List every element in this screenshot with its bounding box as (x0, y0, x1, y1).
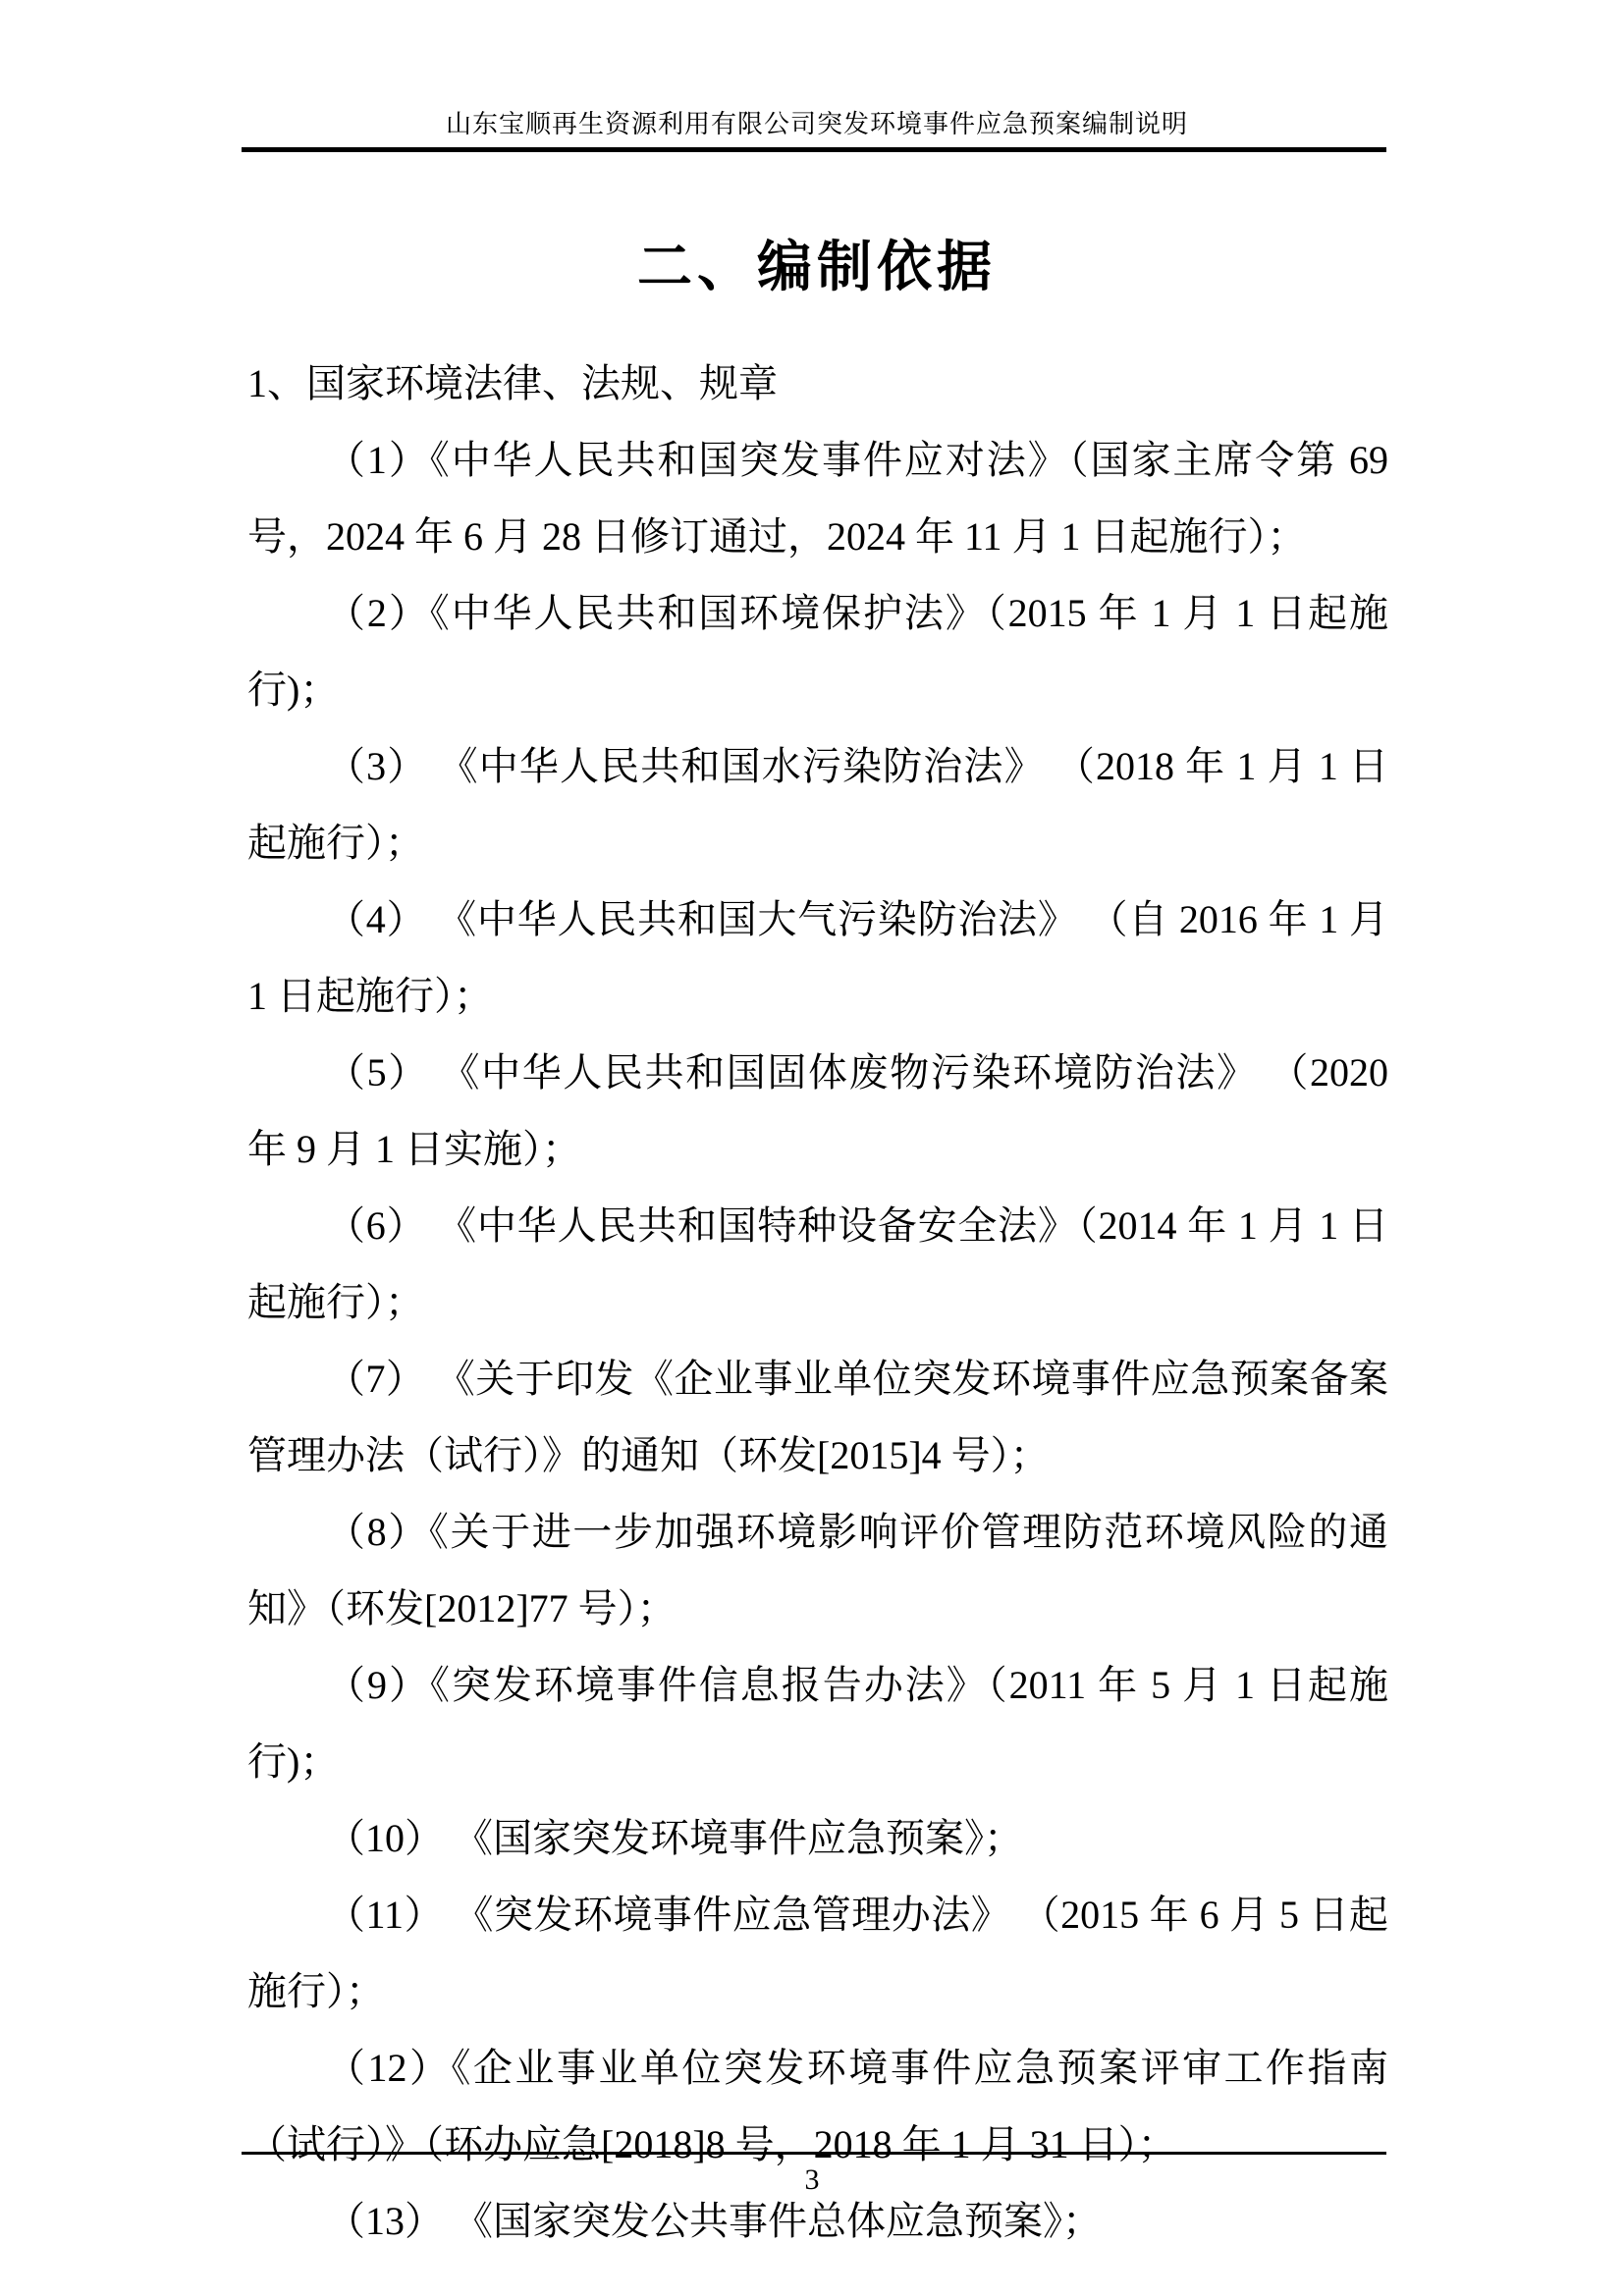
legal-item: （9）《突发环境事件信息报告办法》（2011 年 5 月 1 日起施行)； (247, 1647, 1388, 1800)
legal-item: （5） 《中华人民共和国固体废物污染环境防治法》 （2020 年 9 月 1 日… (247, 1035, 1388, 1188)
legal-item: （8）《关于进一步加强环境影响评价管理防范环境风险的通知》（环发[2012]77… (247, 1494, 1388, 1647)
legal-items-list: （1）《中华人民共和国突发事件应对法》（国家主席令第 69 号，2024 年 6… (247, 422, 1388, 2260)
legal-item: （6） 《中华人民共和国特种设备安全法》（2014 年 1 月 1 日起施行）； (247, 1188, 1388, 1341)
document-body: 1、国家环境法律、法规、规章 （1）《中华人民共和国突发事件应对法》（国家主席令… (247, 346, 1388, 2260)
legal-item: （2）《中华人民共和国环境保护法》（2015 年 1 月 1 日起施行)； (247, 575, 1388, 728)
footer-rule (242, 2152, 1386, 2155)
legal-item: （7） 《关于印发《企业事业单位突发环境事件应急预案备案管理办法（试行）》的通知… (247, 1341, 1388, 1494)
legal-item: （10） 《国家突发环境事件应急预案》； (247, 1800, 1388, 1877)
document-page: 山东宝顺再生资源利用有限公司突发环境事件应急预案编制说明 二、编制依据 1、国家… (0, 0, 1624, 2296)
page-number: 3 (0, 2163, 1624, 2197)
legal-item: （1）《中华人民共和国突发事件应对法》（国家主席令第 69 号，2024 年 6… (247, 422, 1388, 575)
page-header-title: 山东宝顺再生资源利用有限公司突发环境事件应急预案编制说明 (247, 104, 1386, 140)
legal-item: （3） 《中华人民共和国水污染防治法》 （2018 年 1 月 1 日起施行）； (247, 728, 1388, 881)
legal-item: （11） 《突发环境事件应急管理办法》 （2015 年 6 月 5 日起施行）； (247, 1877, 1388, 2030)
legal-item: （4） 《中华人民共和国大气污染防治法》 （自 2016 年 1 月 1 日起施… (247, 881, 1388, 1035)
legal-item: （12）《企业事业单位突发环境事件应急预案评审工作指南（试行）》（环办应急[20… (247, 2030, 1388, 2183)
list-heading: 1、国家环境法律、法规、规章 (247, 346, 1388, 422)
section-title: 二、编制依据 (247, 224, 1386, 302)
header-rule (242, 147, 1386, 152)
